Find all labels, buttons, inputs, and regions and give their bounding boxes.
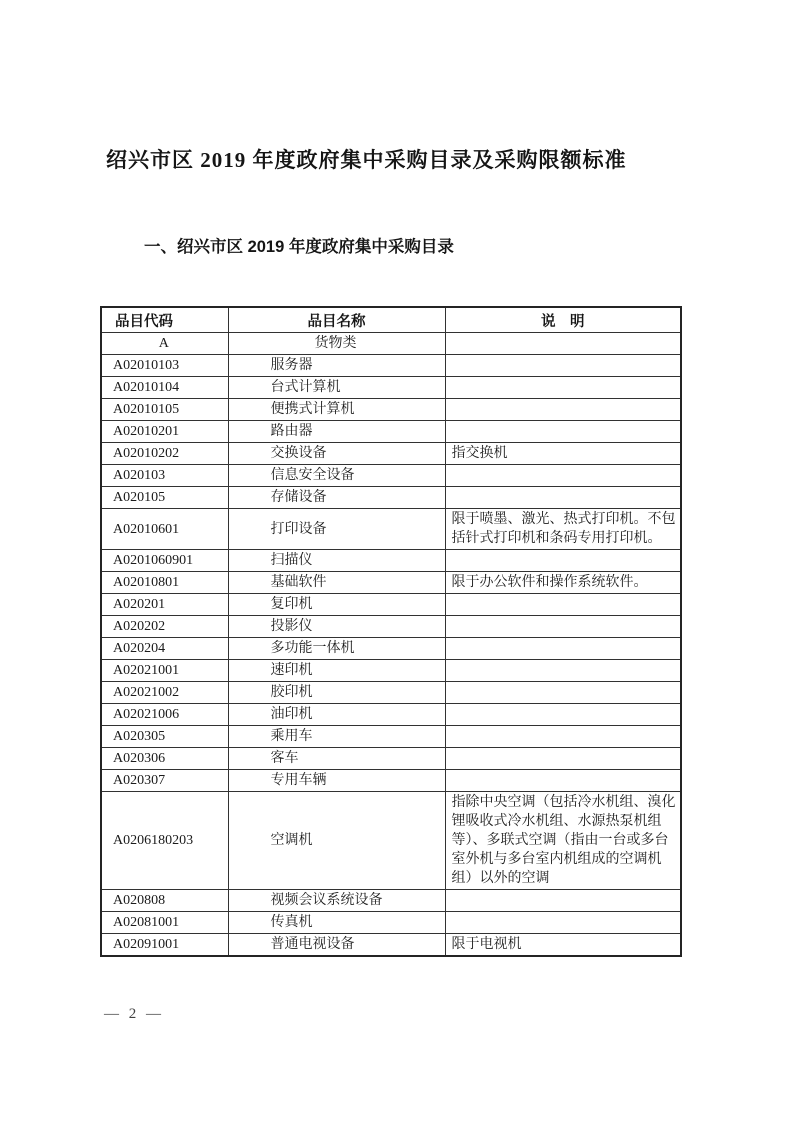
table-body: A货物类A02010103服务器A02010104台式计算机A02010105便… [101,333,681,957]
cell-item-code: A02010601 [101,509,228,550]
cell-item-name: 打印设备 [228,509,445,550]
cell-item-code: A020305 [101,726,228,748]
column-header-item-name: 品目名称 [228,307,445,333]
cell-description [445,421,681,443]
cell-item-name: 便携式计算机 [228,399,445,421]
cell-item-name: 路由器 [228,421,445,443]
cell-item-name: 专用车辆 [228,770,445,792]
table-row: A02081001传真机 [101,912,681,934]
document-title: 绍兴市区 2019 年度政府集中采购目录及采购限额标准 [106,144,627,174]
cell-item-name: 存储设备 [228,487,445,509]
page-number: — 2 — [104,1006,164,1023]
cell-item-code: A020103 [101,465,228,487]
cell-item-code: A02010201 [101,421,228,443]
cell-item-name: 多功能一体机 [228,638,445,660]
cell-item-code: A02091001 [101,934,228,957]
cell-description [445,912,681,934]
cell-description: 指除中央空调（包括冷水机组、溴化锂吸收式冷水机组、水源热泵机组等）、多联式空调（… [445,792,681,890]
table-row: A020204多功能一体机 [101,638,681,660]
cell-item-code: A020105 [101,487,228,509]
cell-description [445,333,681,355]
cell-item-name: 乘用车 [228,726,445,748]
cell-description [445,465,681,487]
table-row: A020202投影仪 [101,616,681,638]
cell-description [445,594,681,616]
table-row: A02010601打印设备限于喷墨、激光、热式打印机。不包括针式打印机和条码专用… [101,509,681,550]
cell-description [445,616,681,638]
table-row: A0201060901扫描仪 [101,550,681,572]
cell-item-name: 扫描仪 [228,550,445,572]
cell-item-code: A02021001 [101,660,228,682]
cell-item-code: A02010801 [101,572,228,594]
cell-item-name: 货物类 [228,333,445,355]
cell-item-name: 传真机 [228,912,445,934]
cell-item-code: A02021002 [101,682,228,704]
table-row: A02091001普通电视设备限于电视机 [101,934,681,957]
table-row: A02021006油印机 [101,704,681,726]
cell-description [445,550,681,572]
table-row: A020808视频会议系统设备 [101,890,681,912]
cell-description [445,377,681,399]
table-row: A020305乘用车 [101,726,681,748]
table-row: A02010105便携式计算机 [101,399,681,421]
cell-item-code: A0206180203 [101,792,228,890]
table-row: A020103信息安全设备 [101,465,681,487]
cell-item-name: 普通电视设备 [228,934,445,957]
cell-item-code: A020808 [101,890,228,912]
cell-item-name: 服务器 [228,355,445,377]
document-page: 绍兴市区 2019 年度政府集中采购目录及采购限额标准 一、绍兴市区 2019 … [0,0,794,1122]
table-row: A02021001速印机 [101,660,681,682]
cell-item-code: A020202 [101,616,228,638]
cell-description [445,682,681,704]
table-row: A货物类 [101,333,681,355]
cell-item-code: A0201060901 [101,550,228,572]
cell-item-name: 台式计算机 [228,377,445,399]
cell-item-name: 基础软件 [228,572,445,594]
cell-description: 限于电视机 [445,934,681,957]
table-row: A02010202交换设备指交换机 [101,443,681,465]
cell-item-code: A020306 [101,748,228,770]
cell-item-name: 胶印机 [228,682,445,704]
table-row: A020105存储设备 [101,487,681,509]
procurement-table: 品目代码 品目名称 说 明 A货物类A02010103服务器A02010104台… [100,306,682,957]
cell-description: 指交换机 [445,443,681,465]
cell-item-name: 客车 [228,748,445,770]
cell-description [445,704,681,726]
cell-item-name: 交换设备 [228,443,445,465]
cell-description [445,726,681,748]
cell-description [445,660,681,682]
cell-item-code: A02010103 [101,355,228,377]
cell-item-name: 信息安全设备 [228,465,445,487]
table-header-row: 品目代码 品目名称 说 明 [101,307,681,333]
cell-item-code: A02021006 [101,704,228,726]
cell-item-code: A02081001 [101,912,228,934]
table-row: A0206180203空调机指除中央空调（包括冷水机组、溴化锂吸收式冷水机组、水… [101,792,681,890]
table-row: A02010103服务器 [101,355,681,377]
column-header-description: 说 明 [445,307,681,333]
section-heading: 一、绍兴市区 2019 年度政府集中采购目录 [144,233,454,257]
cell-description [445,638,681,660]
cell-description [445,399,681,421]
cell-item-code: A02010202 [101,443,228,465]
cell-item-name: 速印机 [228,660,445,682]
cell-item-code: A020307 [101,770,228,792]
table-row: A02010104台式计算机 [101,377,681,399]
cell-description [445,770,681,792]
table-row: A02010801基础软件限于办公软件和操作系统软件。 [101,572,681,594]
cell-item-code: A02010104 [101,377,228,399]
cell-description [445,890,681,912]
cell-item-code: A020204 [101,638,228,660]
cell-item-name: 油印机 [228,704,445,726]
table-header: 品目代码 品目名称 说 明 [101,307,681,333]
cell-description [445,748,681,770]
table-row: A02021002胶印机 [101,682,681,704]
cell-item-name: 空调机 [228,792,445,890]
cell-item-name: 复印机 [228,594,445,616]
cell-item-code: A02010105 [101,399,228,421]
table-row: A020306客车 [101,748,681,770]
table-row: A020201复印机 [101,594,681,616]
table-row: A020307专用车辆 [101,770,681,792]
cell-item-name: 投影仪 [228,616,445,638]
table-row: A02010201路由器 [101,421,681,443]
cell-description: 限于喷墨、激光、热式打印机。不包括针式打印机和条码专用打印机。 [445,509,681,550]
cell-description [445,355,681,377]
cell-item-name: 视频会议系统设备 [228,890,445,912]
cell-item-code: A020201 [101,594,228,616]
column-header-item-code: 品目代码 [101,307,228,333]
cell-description [445,487,681,509]
cell-description: 限于办公软件和操作系统软件。 [445,572,681,594]
cell-item-code: A [101,333,228,355]
